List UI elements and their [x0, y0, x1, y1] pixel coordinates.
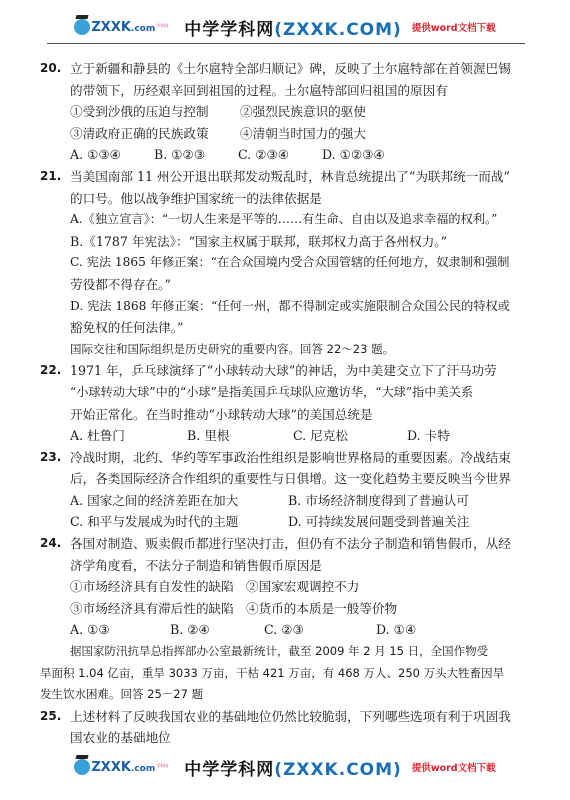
site-domain: (ZXXK.COM) [274, 760, 402, 780]
question-number: 21. [40, 166, 70, 188]
option-b: B. ①②③ [154, 144, 238, 166]
question-number: 24. [40, 533, 70, 555]
question-25-stem: 25. 上述材料了反映我国农业的基础地位仍然比较脆弱，下列哪些选项有利于巩固我 [40, 706, 540, 728]
question-24-stem: 24. 各国对制造、贩卖假币都进行坚决打击，但仍有不法分子制造和销售假币，从经 [40, 533, 540, 555]
question-number: 25. [40, 706, 70, 728]
question-number: 20. [40, 58, 70, 80]
logo-small-text: 学科网 [156, 763, 168, 769]
question-20-statements-row1: ①受到沙俄的压迫与控制 ②强烈民族意识的驱使 [40, 101, 540, 123]
question-22-stem: 22. 1971 年，乒乓球演绎了“小球转动大球”的神话，为中美建交立下了汗马功… [40, 360, 540, 382]
material-25-27-line2: 旱面积 1.04 亿亩，重旱 3033 万亩，干枯 421 万亩，有 468 万… [40, 663, 540, 685]
question-20-options: A. ①③④ B. ①②③ C. ②③④ D. ①②③④ [40, 144, 540, 166]
question-21-option-d-cont: 豁免权的任何法律。” [40, 317, 540, 339]
option-d: D. 可持续发展问题受到普遍关注 [288, 511, 506, 533]
question-23-options-row1: A. 国家之间的经济差距在加大 B. 市场经济制度得到了普遍认可 [40, 490, 540, 512]
question-22-options: A. 杜鲁门 B. 里根 C. 尼克松 D. 卡特 [40, 425, 540, 447]
option-a: A. ①③④ [70, 144, 154, 166]
question-24-statements-row2: ③市场经济具有滞后性的缺陷 ④货币的本质是一般等价物 [40, 598, 540, 620]
question-21-option-a: A.《独立宣言》：“一切人生来是平等的……有生命、自由以及追求幸福的权利。” [40, 209, 540, 231]
download-tagline: 提供word文档下载 [412, 760, 496, 774]
question-23-stem-cont: 后，各类国际经济合作组织的重要性与日俱增。这一变化趋势主要反映当今世界 [40, 468, 540, 490]
mascot-graduate-icon [74, 19, 90, 35]
question-23-options-row2: C. 和平与发展成为时代的主题 D. 可持续发展问题受到普遍关注 [40, 511, 540, 533]
logo-text: ZXXK.com [91, 760, 155, 775]
question-22-stem-cont2: 开始正常化。在当时推动“小球转动大球”的美国总统是 [40, 404, 540, 426]
question-number: 23. [40, 447, 70, 469]
material-22-23: 国际交往和国际组织是历史研究的重要内容。回答 22～23 题。 [40, 339, 540, 361]
question-21-stem-cont: 的口号。他以战争维护国家统一的法律依据是 [40, 188, 540, 210]
option-c: C. 和平与发展成为时代的主题 [70, 511, 288, 533]
question-21-option-c-cont: 劳役都不得存在。” [40, 274, 540, 296]
option-a: A. ①③ [70, 619, 170, 641]
option-c: C. 尼克松 [293, 425, 407, 447]
option-d: D. 卡特 [407, 425, 450, 447]
question-21-option-d: D. 宪法 1868 年修正案：“任何一州，都不得制定或实施限制合众国公民的特权… [40, 296, 540, 318]
option-d: D. ①②③④ [322, 144, 385, 166]
question-24-statements-row1: ①市场经济具有自发性的缺陷 ②国家宏观调控不力 [40, 576, 540, 598]
option-a: A. 杜鲁门 [70, 425, 187, 447]
question-number: 22. [40, 360, 70, 382]
site-domain: (ZXXK.COM) [274, 20, 402, 40]
logo-text: ZXXK.com [91, 20, 155, 35]
option-c: C. ②③ [264, 619, 376, 641]
option-a: A. 国家之间的经济差距在加大 [70, 490, 288, 512]
site-name: 中学学科网(ZXXK.COM) [184, 15, 402, 40]
mascot-graduate-icon [74, 759, 90, 775]
exam-content: 20. 立于新疆和静县的《土尔扈特全部归顺记》碑，反映了土尔扈特部在首领渥巴锡 … [40, 58, 540, 749]
question-24-options: A. ①③ B. ②④ C. ②③ D. ①④ [40, 619, 540, 641]
question-21-option-c: C. 宪法 1865 年修正案：“在合众国境内受合众国管辖的任何地方，奴隶制和强… [40, 252, 540, 274]
question-22-stem-cont1: “小球转动大球”中的“小球”是指美国乒乓球队应邀访华，“大球”指中美关系 [40, 382, 540, 404]
question-20-stem-cont: 的带领下，历经艰辛回到祖国的过程。土尔扈特部回归祖国的原因有 [40, 80, 540, 102]
option-b: B. ②④ [170, 619, 264, 641]
question-21-stem: 21. 当美国南部 11 州公开退出联邦发动叛乱时，林肯总统提出了“为联邦统一而… [40, 166, 540, 188]
question-24-stem-cont: 济学角度看，不法分子制造和销售假币原因是 [40, 555, 540, 577]
option-b: B. 市场经济制度得到了普遍认可 [288, 490, 506, 512]
download-tagline: 提供word文档下载 [412, 20, 496, 34]
question-20-stem: 20. 立于新疆和静县的《土尔扈特全部归顺记》碑，反映了土尔扈特部在首领渥巴锡 [40, 58, 540, 80]
site-logo[interactable]: ZXXK.com 学科网 [74, 19, 168, 35]
site-logo[interactable]: ZXXK.com 学科网 [74, 759, 168, 775]
option-d: D. ①④ [376, 619, 416, 641]
material-25-27-line3: 发生饮水困难。回答 25－27 题 [40, 684, 540, 706]
question-20-statements-row2: ③清政府正确的民族政策 ④清朝当时国力的强大 [40, 123, 540, 145]
question-25-stem-cont: 国农业的基础地位 [40, 727, 540, 749]
material-25-27-line1: 据国家防汛抗旱总指挥部办公室最新统计，截至 2009 年 2 月 15 日，全国… [40, 641, 540, 663]
header-banner: ZXXK.com 学科网 中学学科网(ZXXK.COM) 提供word文档下载 [0, 12, 570, 42]
question-23-stem: 23. 冷战时期，北约、华约等军事政治性组织是影响世界格局的重要因素。冷战结束 [40, 447, 540, 469]
footer-banner: ZXXK.com 学科网 中学学科网(ZXXK.COM) 提供word文档下载 [0, 752, 570, 782]
logo-small-text: 学科网 [156, 23, 168, 29]
site-name: 中学学科网(ZXXK.COM) [184, 755, 402, 780]
question-21-option-b: B.《1787 年宪法》：“国家主权属于联邦，联邦权力高于各州权力。” [40, 231, 540, 253]
header-divider [47, 43, 525, 44]
option-c: C. ②③④ [238, 144, 322, 166]
option-b: B. 里根 [187, 425, 293, 447]
